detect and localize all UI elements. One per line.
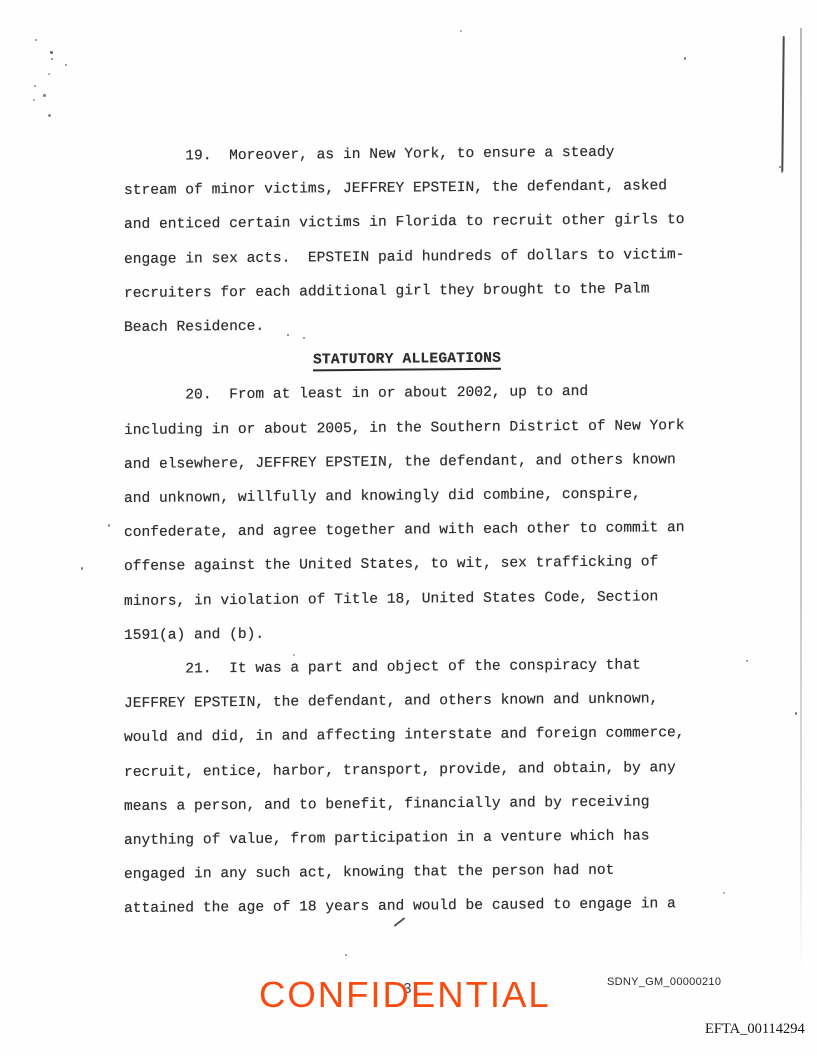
scan-speck [48,114,51,117]
scan-speck [51,58,53,60]
page-edge-line [800,28,802,973]
heading-statutory-allegations: STATUTORY ALLEGATIONS [313,351,501,372]
scanned-document-page: 19. Moreover, as in New York, to ensure … [0,0,817,1056]
scan-speck [723,892,725,894]
scan-speck [48,73,50,75]
bates-number-sdny: SDNY_GM_00000210 [607,976,721,988]
scan-speck [303,337,305,339]
scan-speck [345,954,347,956]
scan-speck [81,567,83,570]
section-heading-row: STATUTORY ALLEGATIONS [124,340,690,379]
scan-speck [34,85,36,87]
paragraph-21: 21. It was a part and object of the cons… [124,648,690,927]
document-body: 19. Moreover, as in New York, to ensure … [124,135,690,927]
paragraph-19: 19. Moreover, as in New York, to ensure … [124,135,690,345]
scan-speck [50,51,53,54]
scan-speck [65,64,67,66]
scan-speck [460,30,462,32]
scan-speck [684,57,686,60]
scan-speck [795,712,797,715]
scan-speck [108,524,110,527]
scan-speck [33,99,35,101]
scan-speck [781,171,783,173]
scan-speck [746,660,748,662]
scan-speck [43,94,46,97]
scan-mark-line [781,36,784,172]
scan-speck [779,166,781,168]
confidential-stamp: CONFIDENTIAL [259,974,551,1016]
paragraph-20: 20. From at least in or about 2002, up t… [124,374,690,653]
bates-number-efta: EFTA_00114294 [705,1021,805,1038]
scan-speck [293,654,295,656]
scan-speck [287,334,289,336]
scan-speck [35,39,37,41]
